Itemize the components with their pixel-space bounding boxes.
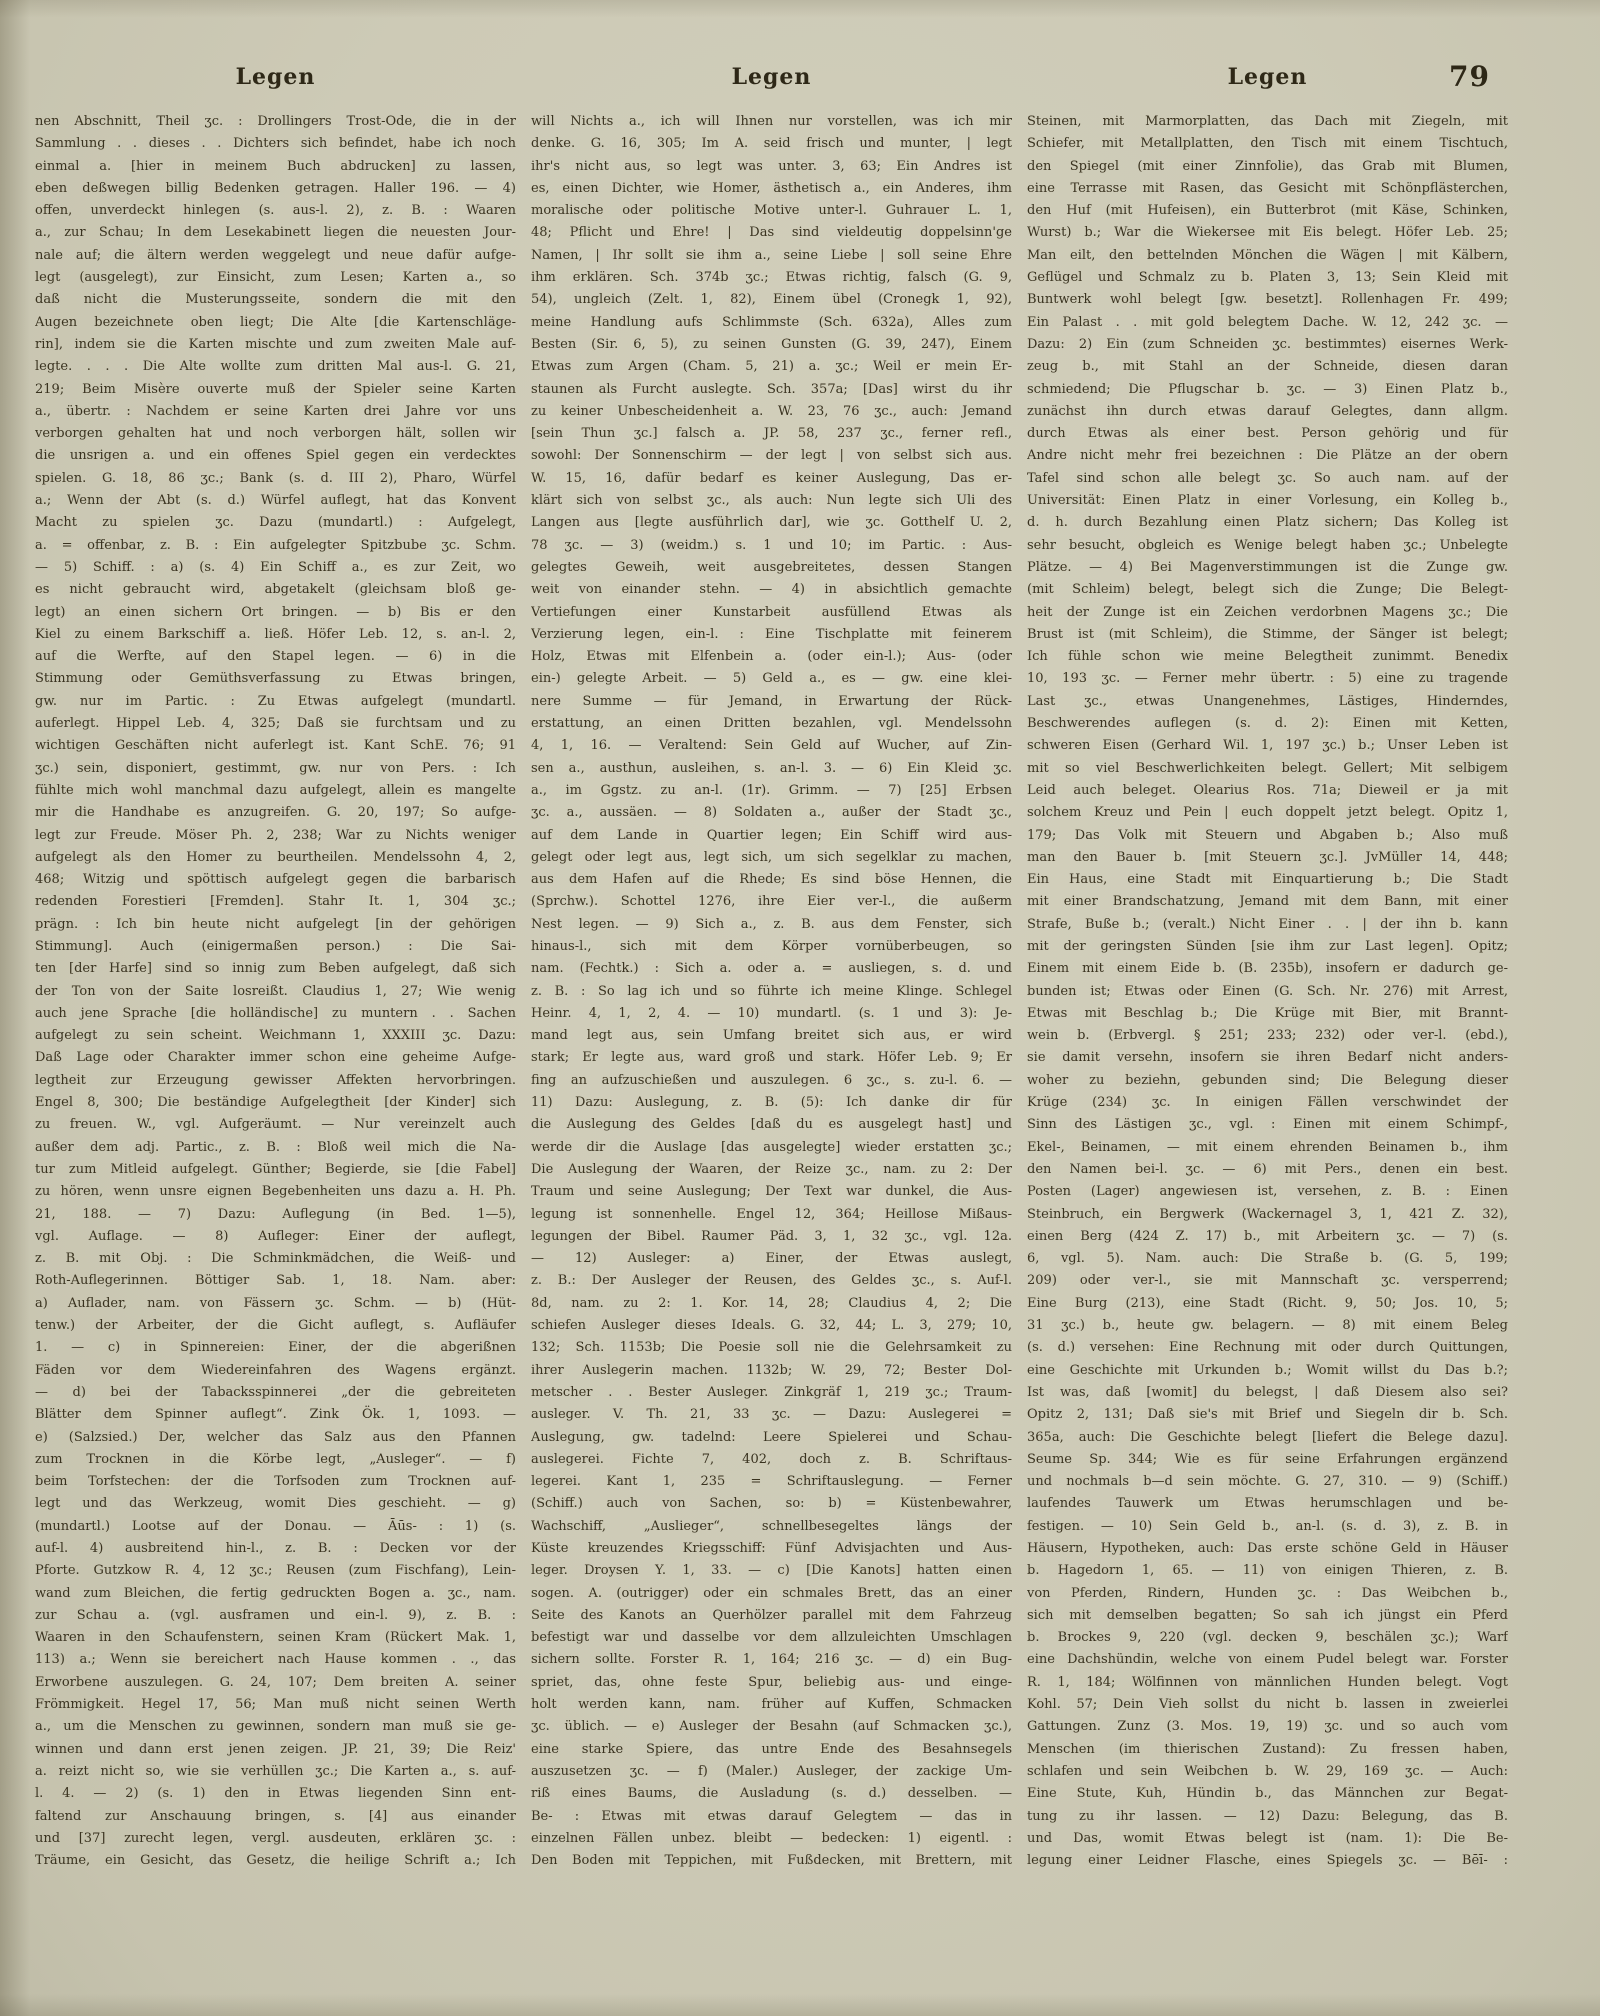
- text-line: 48; Pflicht und Ehre! | Das sind vieldeu…: [531, 222, 1012, 244]
- text-line: eben deßwegen billig Bedenken getragen. …: [35, 178, 516, 200]
- text-line: sichern sollte. Forster R. 1, 164; 216 ʒ…: [531, 1649, 1012, 1671]
- text-line: Ekel-, Beinamen, — mit einem ehrenden Be…: [1027, 1137, 1508, 1159]
- text-line: meine Handlung aufs Schlimmste (Sch. 632…: [531, 312, 1012, 334]
- text-line: eine Terrasse mit Rasen, das Gesicht mit…: [1027, 178, 1508, 200]
- text-line: ihr's nicht aus, so legt was unter. 3, 6…: [531, 156, 1012, 178]
- text-line: metscher . . Bester Ausleger. Zinkgräf 1…: [531, 1382, 1012, 1404]
- text-line: weit von einander stehn. — 4) in absicht…: [531, 579, 1012, 601]
- text-line: Leid auch beleget. Olearius Ros. 71a; Di…: [1027, 780, 1508, 802]
- text-line: Besten (Sir. 6, 5), zu seinen Gunsten (G…: [531, 334, 1012, 356]
- text-line: b. Brockes 9, 220 (vgl. decken 9, beschä…: [1027, 1627, 1508, 1649]
- text-line: 179; Das Volk mit Steuern und Abgaben b.…: [1027, 825, 1508, 847]
- text-line: werde dir die Auslage [das ausgelegte] w…: [531, 1137, 1012, 1159]
- text-line: ausleger. V. Th. 21, 33 ʒc. — Dazu: Ausl…: [531, 1404, 1012, 1426]
- text-line: Menschen (im thierischen Zustand): Zu fr…: [1027, 1739, 1508, 1761]
- text-line: 219; Beim Misère ouverte muß der Spieler…: [35, 379, 516, 401]
- text-line: der Ton von der Saite losreißt. Claudius…: [35, 981, 516, 1003]
- text-line: Küste kreuzendes Kriegsschiff: Fünf Advi…: [531, 1538, 1012, 1560]
- text-line: 209) oder ver-l., sie mit Mannschaft ʒc.…: [1027, 1270, 1508, 1292]
- text-line: mir die Handhabe es anzugreifen. G. 20, …: [35, 802, 516, 824]
- text-line: 21, 188. — 7) Dazu: Auflegung (in Bed. 1…: [35, 1204, 516, 1226]
- text-line: denke. G. 16, 305; Im A. seid frisch und…: [531, 133, 1012, 155]
- text-line: Ein Haus, eine Stadt mit Einquartierung …: [1027, 869, 1508, 891]
- text-line: heit der Zunge ist ein Zeichen verdorbne…: [1027, 602, 1508, 624]
- text-line: legte. . . . Die Alte wollte zum dritten…: [35, 356, 516, 378]
- text-line: legungen der Bibel. Raumer Päd. 3, 1, 32…: [531, 1226, 1012, 1248]
- text-line: W. 15, 16, dafür bedarf es keiner Ausleg…: [531, 468, 1012, 490]
- text-line: Ist was, daß [womit] du belegst, | daß D…: [1027, 1382, 1508, 1404]
- text-line: Dazu: 2) Ein (zum Schneiden ʒc. bestimmt…: [1027, 334, 1508, 356]
- text-line: holt werden kann, nam. früher auf Kuffen…: [531, 1694, 1012, 1716]
- text-line: Steinen, mit Marmorplatten, das Dach mit…: [1027, 111, 1508, 133]
- text-line: — 12) Ausleger: a) Einer, der Etwas ausl…: [531, 1248, 1012, 1270]
- text-line: wand zum Bleichen, die fertig gedruckten…: [35, 1583, 516, 1605]
- text-line: erstattung, an einen Dritten bezahlen, v…: [531, 713, 1012, 735]
- text-line: Daß Lage oder Charakter immer schon eine…: [35, 1047, 516, 1069]
- text-line: einmal a. [hier in meinem Buch abdrucken…: [35, 156, 516, 178]
- text-line: z. B.: Der Ausleger der Reusen, des Geld…: [531, 1270, 1012, 1292]
- text-line: Erworbene auszulegen. G. 24, 107; Dem br…: [35, 1672, 516, 1694]
- text-line: Frömmigkeit. Hegel 17, 56; Man muß nicht…: [35, 1694, 516, 1716]
- text-line: faltend zur Anschauung bringen, s. [4] a…: [35, 1806, 516, 1828]
- text-line: wein b. (Erbvergl. § 251; 233; 232) oder…: [1027, 1025, 1508, 1047]
- text-line: 10, 193 ʒc. — Ferner mehr übertr. : 5) e…: [1027, 668, 1508, 690]
- text-line: bunden ist; Etwas oder Einen (G. Sch. Nr…: [1027, 981, 1508, 1003]
- text-line: legt zur Freude. Möser Ph. 2, 238; War z…: [35, 825, 516, 847]
- text-line: 78 ʒc. — 3) (weidm.) s. 1 und 10; im Par…: [531, 535, 1012, 557]
- text-line: es, einen Dichter, wie Homer, ästhetisch…: [531, 178, 1012, 200]
- text-line: offen, unverdeckt hinlegen (s. aus-l. 2)…: [35, 200, 516, 222]
- text-line: Seite des Kanots an Querhölzer parallel …: [531, 1605, 1012, 1627]
- text-line: ten [der Harfe] sind so innig zum Beben …: [35, 958, 516, 980]
- text-line: auslegerei. Fichte 7, 402, doch z. B. Sc…: [531, 1449, 1012, 1471]
- text-line: will Nichts a., ich will Ihnen nur vorst…: [531, 111, 1012, 133]
- text-line: Seume Sp. 344; Wie es für seine Erfahrun…: [1027, 1449, 1508, 1471]
- text-line: festigen. — 10) Sein Geld b., an-l. (s. …: [1027, 1516, 1508, 1538]
- text-line: die unsrigen a. und ein offenes Spiel ge…: [35, 445, 516, 467]
- dictionary-page: Legen Legen Legen 79 nen Abschnitt, Thei…: [0, 0, 1600, 2016]
- text-line: laufendes Tauwerk um Etwas herumschlagen…: [1027, 1493, 1508, 1515]
- text-line: 113) a.; Wenn sie bereichert nach Hause …: [35, 1649, 516, 1671]
- text-line: winnen und dann erst jenen zeigen. JP. 2…: [35, 1739, 516, 1761]
- text-line: Universität: Einen Platz in einer Vorles…: [1027, 490, 1508, 512]
- text-line: einen Berg (424 Z. 17) b., mit Arbeitern…: [1027, 1226, 1508, 1248]
- text-line: eine Dachshündin, welche von einem Pudel…: [1027, 1649, 1508, 1671]
- text-line: eine starke Spiere, das untre Ende des B…: [531, 1739, 1012, 1761]
- running-title-center: Legen: [531, 64, 1012, 90]
- text-line: legt) an einen sichern Ort bringen. — b)…: [35, 602, 516, 624]
- text-line: 31 ʒc.) b., heute gw. belagern. — 8) mit…: [1027, 1315, 1508, 1337]
- text-line: nen Abschnitt, Theil ʒc. : Drollingers T…: [35, 111, 516, 133]
- text-line: a. = offenbar, z. B. : Ein aufgelegter S…: [35, 535, 516, 557]
- text-line: wichtigen Geschäften nicht auferlegt ist…: [35, 735, 516, 757]
- text-line: woher zu beziehn, gebunden sind; Die Bel…: [1027, 1070, 1508, 1092]
- text-line: Roth-Auflegerinnen. Böttiger Sab. 1, 18.…: [35, 1270, 516, 1292]
- text-line: nale auf; die ältern werden weggelegt un…: [35, 245, 516, 267]
- text-line: R. 1, 184; Wölfinnen von männlichen Hund…: [1027, 1672, 1508, 1694]
- text-line: 6, vgl. 5). Nam. auch: Die Straße b. (G.…: [1027, 1248, 1508, 1270]
- text-line: legung ist sonnenhelle. Engel 12, 364; H…: [531, 1204, 1012, 1226]
- running-head: Legen Legen Legen 79: [35, 64, 1508, 98]
- text-line: — d) bei der Tabacksspinnerei „der die g…: [35, 1382, 516, 1404]
- text-line: Blätter dem Spinner auflegt“. Zink Ök. 1…: [35, 1404, 516, 1426]
- text-line: fing an aufzuschießen und auszulegen. 6 …: [531, 1070, 1012, 1092]
- text-line: mit einer Brandschatzung, Jemand mit dem…: [1027, 891, 1508, 913]
- text-line: schmiedend; Die Pflugschar b. ʒc. — 3) E…: [1027, 379, 1508, 401]
- text-line: Kohl. 57; Dein Vieh sollst du nicht b. l…: [1027, 1694, 1508, 1716]
- text-line: Posten (Lager) angewiesen ist, versehen,…: [1027, 1181, 1508, 1203]
- text-line: klärt sich von selbst ʒc., als auch: Nun…: [531, 490, 1012, 512]
- text-line: schlafen und sein Weibchen b. W. 29, 169…: [1027, 1761, 1508, 1783]
- text-line: Opitz 2, 131; Daß sie's mit Brief und Si…: [1027, 1404, 1508, 1426]
- text-line: Kiel zu einem Barkschiff a. ließ. Höfer …: [35, 624, 516, 646]
- text-line: mand legt aus, sein Umfang breitet sich …: [531, 1025, 1012, 1047]
- text-line: legerei. Kant 1, 235 = Schriftauslegung.…: [531, 1471, 1012, 1493]
- text-line: ihm erklären. Sch. 374b ʒc.; Etwas richt…: [531, 267, 1012, 289]
- text-line: von Pferden, Rindern, Hunden ʒc. : Das W…: [1027, 1583, 1508, 1605]
- text-line: a.; Wenn der Abt (s. d.) Würfel auflegt,…: [35, 490, 516, 512]
- text-columns: nen Abschnitt, Theil ʒc. : Drollingers T…: [35, 111, 1508, 1879]
- text-line: 4, 1, 16. — Veraltend: Sein Geld auf Wuc…: [531, 735, 1012, 757]
- text-line: außer dem adj. Partic., z. B. : Bloß wei…: [35, 1137, 516, 1159]
- text-line: tenw.) der Arbeiter, der die Gicht aufle…: [35, 1315, 516, 1337]
- text-line: mit so viel Beschwerlichkeiten belegt. G…: [1027, 758, 1508, 780]
- text-line: schweren Eisen (Gerhard Wil. 1, 197 ʒc.)…: [1027, 735, 1508, 757]
- text-line: Eine Burg (213), eine Stadt (Richt. 9, 5…: [1027, 1293, 1508, 1315]
- text-line: auf dem Lande in Quartier legen; Ein Sch…: [531, 825, 1012, 847]
- text-line: Krüge (234) ʒc. In einigen Fällen versch…: [1027, 1092, 1508, 1114]
- text-line: staunen als Furcht auslegte. Sch. 357a; …: [531, 379, 1012, 401]
- text-line: Wurst) b.; War die Wiekersee mit Eis bel…: [1027, 222, 1508, 244]
- text-line: redenden Forestieri [Fremden]. Stahr It.…: [35, 891, 516, 913]
- text-line: 54), ungleich (Zelt. 1, 82), Einem übel …: [531, 289, 1012, 311]
- text-line: und [37] zurecht legen, vergl. ausdeuten…: [35, 1828, 516, 1850]
- text-line: z. B. : So lag ich und so führte ich mei…: [531, 981, 1012, 1003]
- text-line: a) Auflader, nam. von Fässern ʒc. Schm. …: [35, 1293, 516, 1315]
- page-top-shadow: [0, 0, 1600, 18]
- text-line: 11) Dazu: Auslegung, z. B. (5): Ich dank…: [531, 1092, 1012, 1114]
- text-line: (Schiff.) auch von Sachen, so: b) = Küst…: [531, 1493, 1012, 1515]
- text-line: sie damit versehn, insofern sie ihren Be…: [1027, 1047, 1508, 1069]
- text-line: Ich fühle schon wie meine Belegtheit zun…: [1027, 646, 1508, 668]
- text-line: riß eines Baums, die Ausladung (s. d.) d…: [531, 1783, 1012, 1805]
- text-line: Einem mit einem Eide b. (B. 235b), insof…: [1027, 958, 1508, 980]
- text-line: es nicht gebraucht wird, abgetakelt (gle…: [35, 579, 516, 601]
- text-line: ʒc. a., aussäen. — 8) Soldaten a., außer…: [531, 802, 1012, 824]
- text-line: und Das, womit Etwas belegt ist (nam. 1)…: [1027, 1828, 1508, 1850]
- text-line: legtheit zur Erzeugung gewisser Affekten…: [35, 1070, 516, 1092]
- text-line: 1. — c) in Spinnereien: Einer, der die a…: [35, 1337, 516, 1359]
- text-line: Steinbruch, ein Bergwerk (Wackernagel 3,…: [1027, 1204, 1508, 1226]
- text-line: gelegtes Geweih, weit ausgebreitetes, de…: [531, 557, 1012, 579]
- text-line: und nochmals b—d sein möchte. G. 27, 310…: [1027, 1471, 1508, 1493]
- text-line: den Namen bei-l. ʒc. — 6) mit Pers., den…: [1027, 1159, 1508, 1181]
- text-line: — 5) Schiff. : a) (s. 4) Ein Schiff a., …: [35, 557, 516, 579]
- text-line: a., zur Schau; In dem Lesekabinett liege…: [35, 222, 516, 244]
- text-line: aufgelegt zu sein scheint. Weichmann 1, …: [35, 1025, 516, 1047]
- text-line: aufgelegt als den Homer zu beurtheilen. …: [35, 847, 516, 869]
- text-line: Augen bezeichnete oben liegt; Die Alte […: [35, 312, 516, 334]
- text-line: Gattungen. Zunz (3. Mos. 19, 19) ʒc. und…: [1027, 1716, 1508, 1738]
- text-line: Schiefer, mit Metallplatten, den Tisch m…: [1027, 133, 1508, 155]
- text-line: l. 4. — 2) (s. 1) den in Etwas liegenden…: [35, 1783, 516, 1805]
- text-line: spriet, das, ohne feste Spur, beliebig a…: [531, 1672, 1012, 1694]
- text-line: legt (ausgelegt), zur Einsicht, zum Lese…: [35, 267, 516, 289]
- running-title-left: Legen: [35, 64, 516, 90]
- text-line: legung einer Leidner Flasche, eines Spie…: [1027, 1850, 1508, 1872]
- text-line: moralische oder politische Motive unter-…: [531, 200, 1012, 222]
- text-line: den Spiegel (mit einer Zinnfolie), das G…: [1027, 156, 1508, 178]
- text-line: Brust ist (mit Schleim), die Stimme, der…: [1027, 624, 1508, 646]
- text-line: a. reizt nicht so, wie sie verhüllen ʒc.…: [35, 1761, 516, 1783]
- text-line: Den Boden mit Teppichen, mit Fußdecken, …: [531, 1850, 1012, 1872]
- text-line: 8d, nam. zu 2: 1. Kor. 14, 28; Claudius …: [531, 1293, 1012, 1315]
- text-line: Wachschiff, „Auslieger“, schnellbesegelt…: [531, 1516, 1012, 1538]
- text-line: Last ʒc., etwas Unangenehmes, Lästiges, …: [1027, 691, 1508, 713]
- text-line: die Auslegung des Geldes [daß du es ausg…: [531, 1114, 1012, 1136]
- text-line: Holz, Etwas mit Elfenbein a. (oder ein-l…: [531, 646, 1012, 668]
- text-line: Geflügel und Schmalz zu b. Platen 3, 13;…: [1027, 267, 1508, 289]
- text-line: Beschwerendes auflegen (s. d. 2): Einen …: [1027, 713, 1508, 735]
- text-line: zu freuen. W., vgl. Aufgeräumt. — Nur ve…: [35, 1114, 516, 1136]
- text-line: (Sprchw.). Schottel 1276, ihre Eier ver-…: [531, 891, 1012, 913]
- text-line: zunächst ihn durch etwas darauf Gelegtes…: [1027, 401, 1508, 423]
- text-line: man den Bauer b. [mit Steuern ʒc.]. JvMü…: [1027, 847, 1508, 869]
- text-line: Sammlung . . dieses . . Dichters sich be…: [35, 133, 516, 155]
- text-line: sogen. A. (outrigger) oder ein schmales …: [531, 1583, 1012, 1605]
- text-line: Macht zu spielen ʒc. Dazu (mundartl.) : …: [35, 512, 516, 534]
- text-line: Stimmung]. Auch (einigermaßen person.) :…: [35, 936, 516, 958]
- text-line: Langen aus [legte ausführlich dar], wie …: [531, 512, 1012, 534]
- text-line: schiefen Ausleger dieses Ideals. G. 32, …: [531, 1315, 1012, 1337]
- text-line: (mit Schleim) belegt, belegt sich die Zu…: [1027, 579, 1508, 601]
- text-line: zum Trocknen in die Körbe legt, „Auslege…: [35, 1449, 516, 1471]
- text-line: Etwas mit Beschlag b.; Die Krüge mit Bie…: [1027, 1003, 1508, 1025]
- text-line: hinaus-l., sich mit dem Körper vornüberb…: [531, 936, 1012, 958]
- text-line: vgl. Auflage. — 8) Aufleger: Einer der a…: [35, 1226, 516, 1248]
- text-line: tung zu ihr lassen. — 12) Dazu: Belegung…: [1027, 1806, 1508, 1828]
- text-line: spielen. G. 18, 86 ʒc.; Bank (s. d. III …: [35, 468, 516, 490]
- text-line: Verzierung legen, ein-l. : Eine Tischpla…: [531, 624, 1012, 646]
- text-line: ihrer Auslegerin machen. 1132b; W. 29, 7…: [531, 1360, 1012, 1382]
- text-line: Plätze. — 4) Bei Magenverstimmungen ist …: [1027, 557, 1508, 579]
- text-line: Träume, ein Gesicht, das Gesetz, die hei…: [35, 1850, 516, 1872]
- text-line: leger. Droysen Y. 1, 33. — c) [Die Kanot…: [531, 1560, 1012, 1582]
- text-line: verborgen gehalten hat und noch verborge…: [35, 423, 516, 445]
- text-line: Engel 8, 300; Die beständige Aufgelegthe…: [35, 1092, 516, 1114]
- text-line: auszusetzen ʒc. — f) (Maler.) Ausleger, …: [531, 1761, 1012, 1783]
- text-line: Ein Palast . . mit gold belegtem Dache. …: [1027, 312, 1508, 334]
- text-line: a., im Ggstz. zu an-l. (1r). Grimm. — 7)…: [531, 780, 1012, 802]
- text-line: a., um die Menschen zu gewinnen, sondern…: [35, 1716, 516, 1738]
- text-line: Sinn des Lästigen ʒc., vgl. : Einen mit …: [1027, 1114, 1508, 1136]
- text-line: ʒc. üblich. — e) Ausleger der Besahn (au…: [531, 1716, 1012, 1738]
- text-line: Eine Stute, Kuh, Hündin b., das Männchen…: [1027, 1783, 1508, 1805]
- running-title-right: Legen: [1027, 64, 1508, 90]
- text-line: aus dem Hafen auf die Rhede; Es sind bös…: [531, 869, 1012, 891]
- text-line: sowohl: Der Sonnenschirm — der legt | vo…: [531, 445, 1012, 467]
- text-line: den Huf (mit Hufeisen), ein Butterbrot (…: [1027, 200, 1508, 222]
- text-line: (mundartl.) Lootse auf der Donau. — Āūs-…: [35, 1516, 516, 1538]
- page-bottom-shadow: [0, 1994, 1600, 2016]
- text-line: durch Etwas als einer best. Person gehör…: [1027, 423, 1508, 445]
- text-line: auf-l. 4) ausbreitend hin-l., z. B. : De…: [35, 1538, 516, 1560]
- text-line: stark; Er legte aus, ward groß und stark…: [531, 1047, 1012, 1069]
- text-line: (s. d.) versehen: Eine Rechnung mit oder…: [1027, 1337, 1508, 1359]
- text-line: daß nicht die Musterungsseite, sondern d…: [35, 289, 516, 311]
- text-line: gw. nur im Partic. : Zu Etwas aufgelegt …: [35, 691, 516, 713]
- text-line: Waaren in den Schaufenstern, seinen Kram…: [35, 1627, 516, 1649]
- page-number: 79: [1449, 60, 1490, 93]
- text-line: Heinr. 4, 1, 2, 4. — 10) mundartl. (s. 1…: [531, 1003, 1012, 1025]
- text-line: ein-) gelegte Arbeit. — 5) Geld a., es —…: [531, 668, 1012, 690]
- text-line: beim Torfstechen: der die Torfsoden zum …: [35, 1471, 516, 1493]
- text-line: 365a, auch: Die Geschichte belegt [liefe…: [1027, 1427, 1508, 1449]
- text-line: e) (Salzsied.) Der, welcher das Salz aus…: [35, 1427, 516, 1449]
- text-line: nam. (Fechtk.) : Sich a. oder a. = ausli…: [531, 958, 1012, 980]
- text-line: 468; Witzig und spöttisch aufgelegt gege…: [35, 869, 516, 891]
- text-line: Traum und seine Auslegung; Der Text war …: [531, 1181, 1012, 1203]
- text-line: befestigt war und dasselbe vor dem allzu…: [531, 1627, 1012, 1649]
- column-left: nen Abschnitt, Theil ʒc. : Drollingers T…: [35, 111, 516, 1879]
- text-line: zu hören, wenn unsre eignen Begebenheite…: [35, 1181, 516, 1203]
- text-line: fühlte mich wohl manchmal dazu aufgelegt…: [35, 780, 516, 802]
- text-line: rin], indem sie die Karten mischte und z…: [35, 334, 516, 356]
- text-line: Namen, | Ihr sollt sie ihm a., seine Lie…: [531, 245, 1012, 267]
- text-line: Strafe, Buße b.; (veralt.) Nicht Einer .…: [1027, 914, 1508, 936]
- text-line: Fäden vor dem Wiedereinfahren des Wagens…: [35, 1360, 516, 1382]
- text-line: zu keiner Unbescheidenheit a. W. 23, 76 …: [531, 401, 1012, 423]
- page-gutter-shadow: [0, 0, 30, 2016]
- text-line: a., übertr. : Nachdem er seine Karten dr…: [35, 401, 516, 423]
- text-line: Nest legen. — 9) Sich a., z. B. aus dem …: [531, 914, 1012, 936]
- text-line: gelegt oder legt aus, legt sich, um sich…: [531, 847, 1012, 869]
- text-line: Die Auslegung der Waaren, der Reize ʒc.,…: [531, 1159, 1012, 1181]
- text-line: 132; Sch. 1153b; Die Poesie soll nie die…: [531, 1337, 1012, 1359]
- text-line: Tafel sind schon alle belegt ʒc. So auch…: [1027, 468, 1508, 490]
- text-line: tur zum Mitleid aufgelegt. Günther; Begi…: [35, 1159, 516, 1181]
- text-line: auch jene Sprache [die holländische] zu …: [35, 1003, 516, 1025]
- text-line: Vertiefungen einer Kunstarbeit ausfüllen…: [531, 602, 1012, 624]
- text-line: auf die Werfte, auf den Stapel legen. — …: [35, 646, 516, 668]
- column-right: Steinen, mit Marmorplatten, das Dach mit…: [1027, 111, 1508, 1879]
- text-line: Etwas zum Argen (Cham. 5, 21) a. ʒc.; We…: [531, 356, 1012, 378]
- text-line: sich mit demselben begatten; So sah ich …: [1027, 1605, 1508, 1627]
- text-line: Auslegung, gw. tadelnd: Leere Spielerei …: [531, 1427, 1012, 1449]
- column-middle: will Nichts a., ich will Ihnen nur vorst…: [531, 111, 1012, 1879]
- text-line: Stimmung oder Gemüthsverfassung zu Etwas…: [35, 668, 516, 690]
- text-line: b. Hagedorn 1, 65. — 11) von einigen Thi…: [1027, 1560, 1508, 1582]
- text-line: Man eilt, den bettelnden Mönchen die Wäg…: [1027, 245, 1508, 267]
- text-line: Pforte. Gutzkow R. 4, 12 ʒc.; Reusen (zu…: [35, 1560, 516, 1582]
- text-line: d. h. durch Bezahlung einen Platz sicher…: [1027, 512, 1508, 534]
- text-line: Be- : Etwas mit etwas darauf Gelegtem — …: [531, 1806, 1012, 1828]
- text-line: Andre nicht mehr frei bezeichnen : Die P…: [1027, 445, 1508, 467]
- text-line: Buntwerk wohl belegt [gw. besetzt]. Roll…: [1027, 289, 1508, 311]
- text-line: nere Summe — für Jemand, in Erwartung de…: [531, 691, 1012, 713]
- text-line: mit der geringsten Sünden [sie ihm zur L…: [1027, 936, 1508, 958]
- text-line: [sein Thun ʒc.] falsch a. JP. 58, 237 ʒc…: [531, 423, 1012, 445]
- text-line: sehr besucht, obgleich es Wenige belegt …: [1027, 535, 1508, 557]
- text-line: z. B. mit Obj. : Die Schminkmädchen, die…: [35, 1248, 516, 1270]
- text-line: eine Geschichte mit Urkunden b.; Womit w…: [1027, 1360, 1508, 1382]
- text-line: auferlegt. Hippel Leb. 4, 325; Daß sie f…: [35, 713, 516, 735]
- text-line: ʒc.) sein, disponiert, gestimmt, gw. nur…: [35, 758, 516, 780]
- text-line: einzelnen Fällen unbez. bleibt — bedecke…: [531, 1828, 1012, 1850]
- text-line: zeug b., mit Stahl an der Schneide, dies…: [1027, 356, 1508, 378]
- text-line: solchem Kreuz und Pein | euch doppelt je…: [1027, 802, 1508, 824]
- text-line: prägn. : Ich bin heute nicht aufgelegt […: [35, 914, 516, 936]
- text-line: Häusern, Hypotheken, auch: Das erste sch…: [1027, 1538, 1508, 1560]
- text-line: sen a., austhun, ausleihen, s. an-l. 3. …: [531, 758, 1012, 780]
- text-line: legt und das Werkzeug, womit Dies geschi…: [35, 1493, 516, 1515]
- text-line: zur Schau a. (vgl. ausframen und ein-l. …: [35, 1605, 516, 1627]
